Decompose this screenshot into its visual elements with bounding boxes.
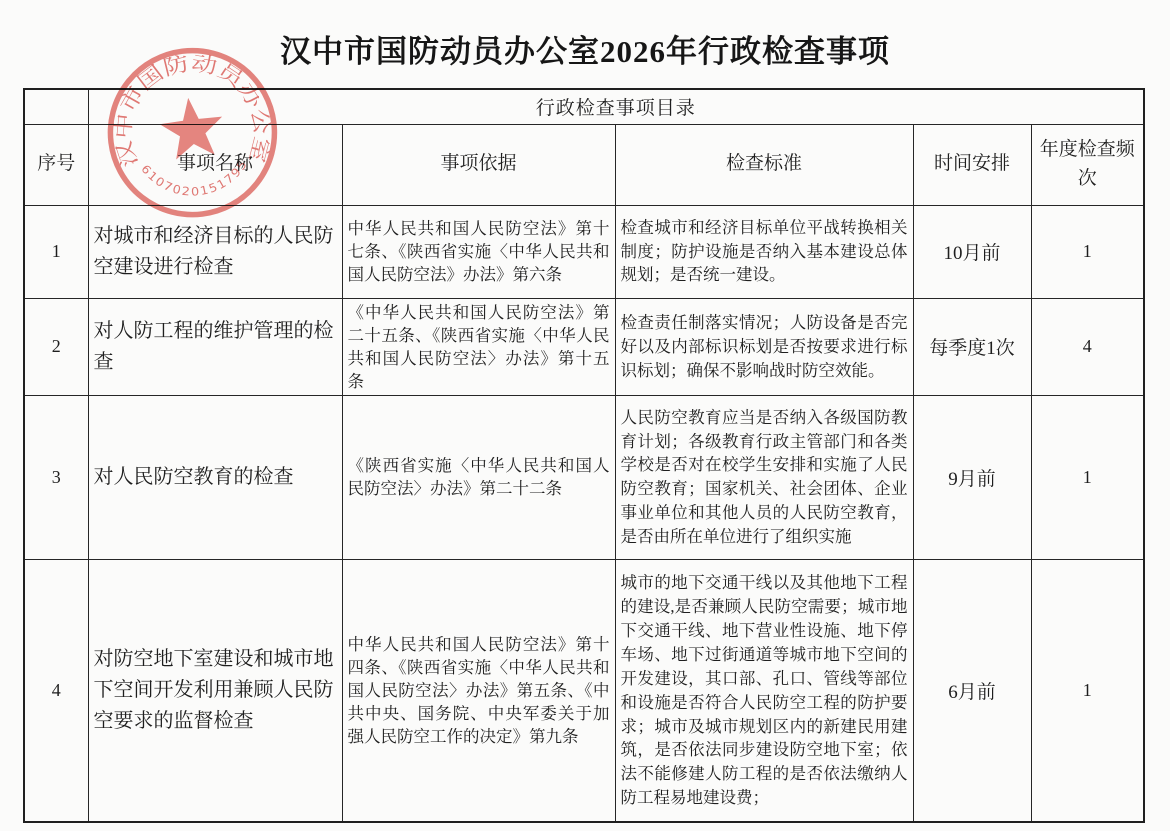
row4-basis: 中华人民共和国人民防空法》第十四条、《陕西省实施〈中华人民共和国人民防空法〉办法… [342, 559, 615, 822]
row3-frequency: 1 [1031, 395, 1144, 559]
row2-schedule: 每季度1次 [913, 298, 1031, 395]
row1-schedule: 10月前 [913, 205, 1031, 298]
row3-no: 3 [24, 395, 88, 559]
column-header-row: 序号 事项名称 事项依据 检查标准 时间安排 年度检查频次 [24, 124, 1144, 205]
col-header-standard: 检查标准 [615, 124, 913, 205]
table-row: 4 对防空地下室建设和城市地下空间开发利用兼顾人民防空要求的监督检查 中华人民共… [24, 559, 1144, 822]
row2-no: 2 [24, 298, 88, 395]
page-title: 汉中市国防动员办公室2026年行政检查事项 [0, 26, 1170, 71]
col-header-name: 事项名称 [88, 124, 342, 205]
row4-name: 对防空地下室建设和城市地下空间开发利用兼顾人民防空要求的监督检查 [88, 559, 342, 822]
row4-frequency: 1 [1031, 559, 1144, 822]
row2-basis: 《中华人民共和国人民防空法》第二十五条、《陕西省实施〈中华人民共和国人民防空法〉… [342, 298, 615, 395]
row2-name: 对人防工程的维护管理的检查 [88, 298, 342, 395]
row3-name: 对人民防空教育的检查 [88, 395, 342, 559]
col-header-schedule: 时间安排 [913, 124, 1031, 205]
row4-no: 4 [24, 559, 88, 822]
row2-standard: 检查责任制落实情况；人防设备是否完好以及内部标识标划是否按要求进行标识标划；确保… [615, 298, 913, 395]
table-row: 1 对城市和经济目标的人民防空建设进行检查 中华人民共和国人民防空法》第十七条、… [24, 205, 1144, 298]
col-header-no: 序号 [24, 124, 88, 205]
row1-name: 对城市和经济目标的人民防空建设进行检查 [88, 205, 342, 298]
row2-frequency: 4 [1031, 298, 1144, 395]
col-header-frequency: 年度检查频次 [1031, 124, 1144, 205]
row1-basis: 中华人民共和国人民防空法》第十七条、《陕西省实施〈中华人民共和国人民防空法》办法… [342, 205, 615, 298]
catalog-title: 行政检查事项目录 [88, 89, 1144, 124]
row4-standard: 城市的地下交通干线以及其他地下工程的建设,是否兼顾人民防空需要；城市地下交通干线… [615, 559, 913, 822]
row1-no: 1 [24, 205, 88, 298]
row3-basis: 《陕西省实施〈中华人民共和国人民防空法〉办法》第二十二条 [342, 395, 615, 559]
row4-schedule: 6月前 [913, 559, 1031, 822]
row3-schedule: 9月前 [913, 395, 1031, 559]
table-row: 2 对人防工程的维护管理的检查 《中华人民共和国人民防空法》第二十五条、《陕西省… [24, 298, 1144, 395]
table-row: 3 对人民防空教育的检查 《陕西省实施〈中华人民共和国人民防空法〉办法》第二十二… [24, 395, 1144, 559]
row3-standard: 人民防空教育应当是否纳入各级国防教育计划；各级教育行政主管部门和各类学校是否对在… [615, 395, 913, 559]
row1-standard: 检查城市和经济目标单位平战转换相关制度；防护设施是否纳入基本建设总体规划；是否统… [615, 205, 913, 298]
inspection-table: 行政检查事项目录 序号 事项名称 事项依据 检查标准 时间安排 年度检查频次 1… [23, 88, 1145, 823]
row1-frequency: 1 [1031, 205, 1144, 298]
col-header-basis: 事项依据 [342, 124, 615, 205]
catalog-header-row: 行政检查事项目录 [24, 89, 1144, 124]
corner-empty-cell [24, 89, 88, 124]
